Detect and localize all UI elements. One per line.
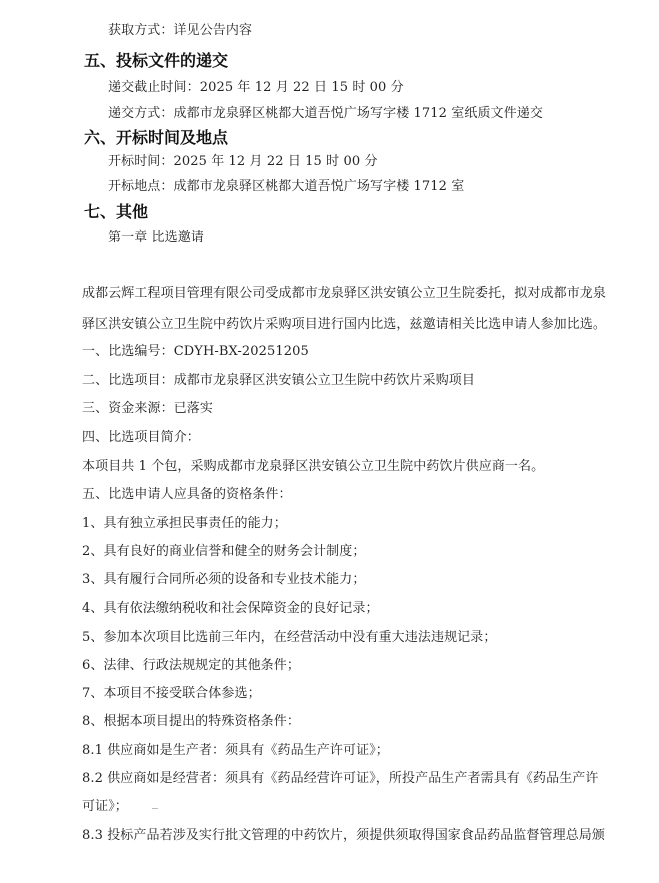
list-item: 本项目共 1 个包，采购成都市龙泉驿区洪安镇公立卫生院中药饮片供应商一名。 (82, 459, 544, 475)
document-page: 获取方式：详见公告内容 五、投标文件的递交 递交截止时间：2025 年 12 月… (0, 0, 659, 883)
chapter-title: 第一章 比选邀请 (108, 230, 204, 246)
list-item: 4、具有依法缴纳税收和社会保障资金的良好记录； (82, 601, 379, 617)
list-item: 可证》； (82, 799, 128, 815)
list-item: 5、参加本次项目比选前三年内，在经营活动中没有重大违法违规记录； (82, 630, 496, 646)
opening-time-text: 开标时间：2025 年 12 月 22 日 15 时 00 分 (108, 154, 378, 170)
list-item: 8.3 投标产品若涉及实行批文管理的中药饮片，须提供须取得国家食品药品监督管理总… (82, 828, 605, 844)
submission-method-text: 递交方式：成都市龙泉驿区桃都大道吾悦广场写字楼 1712 室纸质文件递交 (108, 106, 543, 122)
list-item: 6、法律、行政法规规定的其他条件； (82, 658, 300, 674)
opening-place-text: 开标地点：成都市龙泉驿区桃都大道吾悦广场写字楼 1712 室 (108, 179, 464, 195)
section-5-heading: 五、投标文件的递交 (84, 51, 228, 71)
intro-paragraph-line-2: 驿区洪安镇公立卫生院中药饮片采购项目进行国内比选，兹邀请相关比选申请人参加比选。 (82, 317, 606, 333)
list-item: 8.2 供应商如是经营者：须具有《药品经营许可证》，所投产品生产者需具有《药品生… (82, 771, 599, 787)
list-item: 8、根据本项目提出的特殊资格条件： (82, 714, 300, 730)
list-item: 3、具有履行合同所必须的设备和专业技术能力； (82, 572, 365, 588)
list-item: 四、比选项目简介： (82, 430, 200, 446)
list-item: 2、具有良好的商业信誉和健全的财务会计制度； (82, 544, 365, 560)
scan-artifact (152, 808, 158, 809)
obtain-method-text: 获取方式：详见公告内容 (108, 23, 252, 39)
list-item: 8.1 供应商如是生产者：须具有《药品生产许可证》； (82, 743, 389, 759)
section-6-heading: 六、开标时间及地点 (84, 128, 228, 148)
list-item: 1、具有独立承担民事责任的能力； (82, 516, 287, 532)
list-item: 三、资金来源：已落实 (82, 401, 213, 417)
intro-paragraph-line-1: 成都云辉工程项目管理有限公司受成都市龙泉驿区洪安镇公立卫生院委托，拟对成都市龙泉 (82, 286, 606, 302)
section-7-heading: 七、其他 (84, 202, 148, 222)
list-item: 五、比选申请人应具备的资格条件： (82, 487, 292, 503)
list-item: 二、比选项目：成都市龙泉驿区洪安镇公立卫生院中药饮片采购项目 (82, 373, 475, 389)
list-item: 一、比选编号：CDYH-BX-20251205 (82, 344, 309, 360)
submission-deadline-text: 递交截止时间：2025 年 12 月 22 日 15 时 00 分 (108, 80, 404, 96)
list-item: 7、本项目不接受联合体参选； (82, 686, 261, 702)
